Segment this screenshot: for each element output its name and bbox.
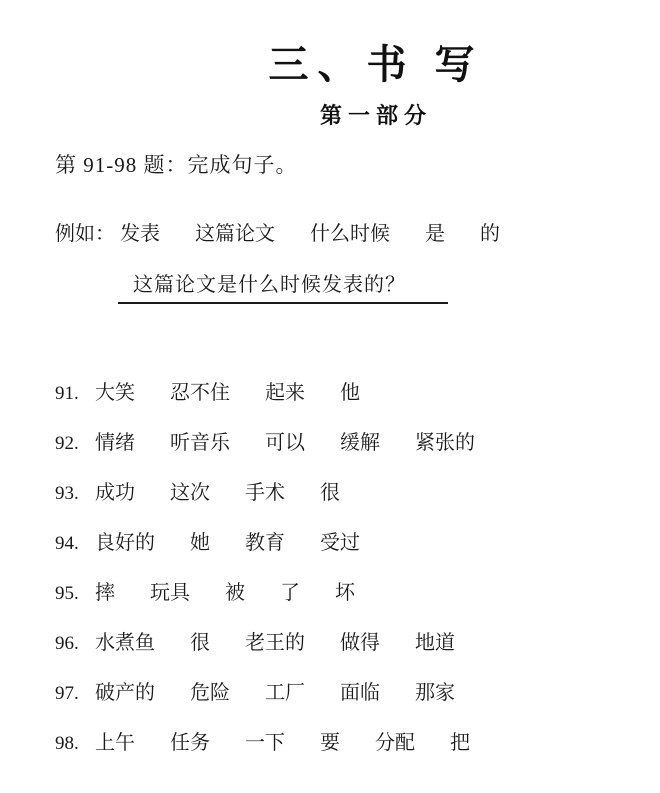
question-word: 这次 (170, 476, 210, 505)
example-label: 例如： (55, 217, 115, 246)
question-word: 可以 (265, 426, 305, 455)
question-word: 教育 (245, 526, 285, 555)
question-row: 94.良好的她教育受过 (55, 526, 475, 547)
worksheet-page: 三、书 写 第一部分 第 91-98 题：完成句子。 例如： 发表这篇论文什么时… (0, 0, 660, 793)
example-word: 什么时候 (310, 217, 390, 246)
question-word-list: 大笑忍不住起来他 (95, 376, 360, 405)
question-word: 任务 (170, 726, 210, 755)
question-word-list: 摔玩具被了坏 (95, 576, 355, 605)
example-row: 例如： 发表这篇论文什么时候是的 (55, 217, 500, 246)
question-number: 93. (55, 483, 95, 505)
question-word: 要 (320, 726, 340, 755)
question-word: 情绪 (95, 426, 135, 455)
part-heading: 第一部分 (0, 99, 660, 130)
question-word: 缓解 (340, 426, 380, 455)
section-title: 三、书 写 (0, 33, 660, 90)
question-word: 她 (190, 526, 210, 555)
question-word: 老王的 (245, 626, 305, 655)
question-word: 那家 (415, 676, 455, 705)
question-word: 他 (340, 376, 360, 405)
question-word: 工厂 (265, 676, 305, 705)
question-word: 大笑 (95, 376, 135, 405)
example-answer-text: 这篇论文是什么时候发表的？ (133, 274, 406, 296)
question-number: 96. (55, 633, 95, 655)
question-row: 92.情绪听音乐可以缓解紧张的 (55, 426, 475, 447)
example-word-list: 发表这篇论文什么时候是的 (120, 217, 500, 246)
question-number: 94. (55, 533, 95, 555)
instruction-text: 第 91-98 题：完成句子。 (55, 149, 298, 179)
question-number: 97. (55, 683, 95, 705)
question-word: 玩具 (150, 576, 190, 605)
question-word: 被 (225, 576, 245, 605)
question-word: 上午 (95, 726, 135, 755)
question-word: 做得 (340, 626, 380, 655)
question-word: 听音乐 (170, 426, 230, 455)
question-word: 破产的 (95, 676, 155, 705)
example-word: 是 (425, 217, 445, 246)
question-word: 一下 (245, 726, 285, 755)
question-row: 97.破产的危险工厂面临那家 (55, 676, 475, 697)
question-word: 地道 (415, 626, 455, 655)
example-word: 这篇论文 (195, 217, 275, 246)
question-number: 91. (55, 383, 95, 405)
question-row: 91.大笑忍不住起来他 (55, 376, 475, 397)
question-word: 把 (450, 726, 470, 755)
question-word-list: 破产的危险工厂面临那家 (95, 676, 455, 705)
question-word-list: 情绪听音乐可以缓解紧张的 (95, 426, 475, 455)
question-word: 成功 (95, 476, 135, 505)
question-row: 96.水煮鱼很老王的做得地道 (55, 626, 475, 647)
question-row: 98.上午任务一下要分配把 (55, 726, 475, 747)
question-word: 了 (280, 576, 300, 605)
example-answer-line: 这篇论文是什么时候发表的？ (118, 268, 448, 304)
question-row: 93.成功这次手术很 (55, 476, 475, 497)
question-word: 摔 (95, 576, 115, 605)
question-word: 危险 (190, 676, 230, 705)
question-word-list: 上午任务一下要分配把 (95, 726, 470, 755)
question-number: 92. (55, 433, 95, 455)
question-word: 受过 (320, 526, 360, 555)
question-number: 95. (55, 583, 95, 605)
question-word: 面临 (340, 676, 380, 705)
question-row: 95.摔玩具被了坏 (55, 576, 475, 597)
question-word: 很 (190, 626, 210, 655)
question-word-list: 水煮鱼很老王的做得地道 (95, 626, 455, 655)
question-word-list: 成功这次手术很 (95, 476, 340, 505)
question-word: 坏 (335, 576, 355, 605)
question-list: 91.大笑忍不住起来他92.情绪听音乐可以缓解紧张的93.成功这次手术很94.良… (55, 376, 475, 776)
question-word: 起来 (265, 376, 305, 405)
question-word: 分配 (375, 726, 415, 755)
question-word: 水煮鱼 (95, 626, 155, 655)
question-word: 良好的 (95, 526, 155, 555)
example-word: 的 (480, 217, 500, 246)
question-word-list: 良好的她教育受过 (95, 526, 360, 555)
question-word: 忍不住 (170, 376, 230, 405)
question-word: 紧张的 (415, 426, 475, 455)
question-word: 手术 (245, 476, 285, 505)
question-word: 很 (320, 476, 340, 505)
question-number: 98. (55, 733, 95, 755)
example-word: 发表 (120, 217, 160, 246)
